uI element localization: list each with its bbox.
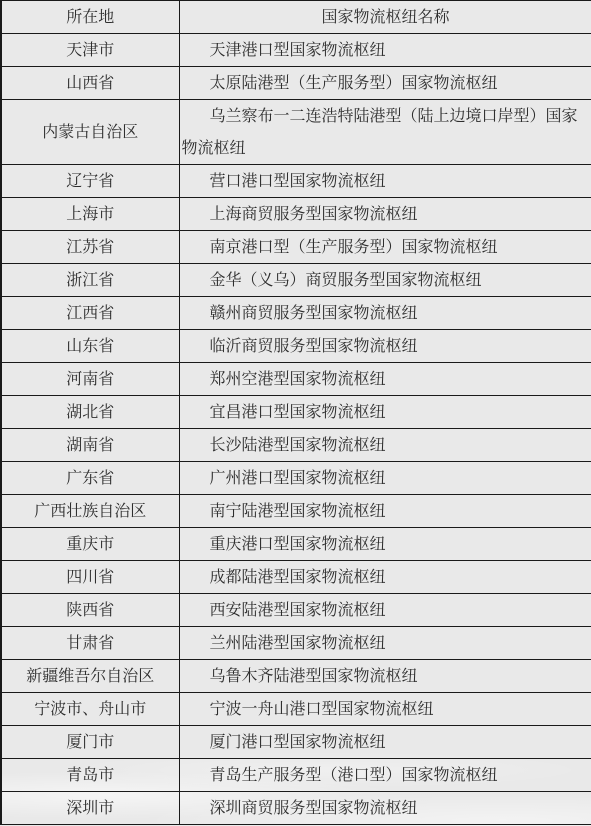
location-cell: 重庆市 <box>1 528 179 561</box>
table-row: 深圳市深圳商贸服务型国家物流枢纽 <box>1 792 591 825</box>
location-cell: 浙江省 <box>1 264 179 297</box>
hub-name-cell: 临沂商贸服务型国家物流枢纽 <box>179 330 591 363</box>
hub-name-cell: 天津港口型国家物流枢纽 <box>179 34 591 67</box>
location-cell: 山东省 <box>1 330 179 363</box>
hub-name-cell: 赣州商贸服务型国家物流枢纽 <box>179 297 591 330</box>
location-cell: 江苏省 <box>1 231 179 264</box>
table-row: 甘肃省兰州陆港型国家物流枢纽 <box>1 627 591 660</box>
location-cell: 江西省 <box>1 297 179 330</box>
location-cell: 新疆维吾尔自治区 <box>1 660 179 693</box>
location-cell: 广西壮族自治区 <box>1 495 179 528</box>
table-row: 天津市天津港口型国家物流枢纽 <box>1 34 591 67</box>
hub-name-cell: 金华（义乌）商贸服务型国家物流枢纽 <box>179 264 591 297</box>
table-row: 山西省太原陆港型（生产服务型）国家物流枢纽 <box>1 67 591 100</box>
hub-name-cell: 深圳商贸服务型国家物流枢纽 <box>179 792 591 825</box>
hub-name-cell: 南宁陆港型国家物流枢纽 <box>179 495 591 528</box>
hub-name-cell: 兰州陆港型国家物流枢纽 <box>179 627 591 660</box>
hub-name-cell: 长沙陆港型国家物流枢纽 <box>179 429 591 462</box>
location-cell: 青岛市 <box>1 759 179 792</box>
table-row: 宁波市、舟山市宁波一舟山港口型国家物流枢纽 <box>1 693 591 726</box>
location-cell: 河南省 <box>1 363 179 396</box>
hub-name-cell: 青岛生产服务型（港口型）国家物流枢纽 <box>179 759 591 792</box>
table-row: 重庆市重庆港口型国家物流枢纽 <box>1 528 591 561</box>
logistics-hub-table: 所在地 国家物流枢纽名称 天津市天津港口型国家物流枢纽山西省太原陆港型（生产服务… <box>0 0 591 825</box>
location-cell: 厦门市 <box>1 726 179 759</box>
table-row: 江西省赣州商贸服务型国家物流枢纽 <box>1 297 591 330</box>
table-header: 所在地 国家物流枢纽名称 <box>1 1 591 34</box>
location-cell: 山西省 <box>1 67 179 100</box>
hub-name-cell: 西安陆港型国家物流枢纽 <box>179 594 591 627</box>
table-row: 陕西省西安陆港型国家物流枢纽 <box>1 594 591 627</box>
table-row: 湖北省宜昌港口型国家物流枢纽 <box>1 396 591 429</box>
hub-name-cell: 宜昌港口型国家物流枢纽 <box>179 396 591 429</box>
hub-name-cell: 宁波一舟山港口型国家物流枢纽 <box>179 693 591 726</box>
hub-name-cell: 乌鲁木齐陆港型国家物流枢纽 <box>179 660 591 693</box>
table-row: 广西壮族自治区南宁陆港型国家物流枢纽 <box>1 495 591 528</box>
location-cell: 深圳市 <box>1 792 179 825</box>
location-cell: 湖北省 <box>1 396 179 429</box>
header-row: 所在地 国家物流枢纽名称 <box>1 1 591 34</box>
location-cell: 辽宁省 <box>1 165 179 198</box>
location-cell: 天津市 <box>1 34 179 67</box>
hub-name-cell: 郑州空港型国家物流枢纽 <box>179 363 591 396</box>
location-cell: 陕西省 <box>1 594 179 627</box>
table-row: 四川省成都陆港型国家物流枢纽 <box>1 561 591 594</box>
location-cell: 甘肃省 <box>1 627 179 660</box>
table-row: 湖南省长沙陆港型国家物流枢纽 <box>1 429 591 462</box>
hub-name-cell: 太原陆港型（生产服务型）国家物流枢纽 <box>179 67 591 100</box>
hub-name-cell: 成都陆港型国家物流枢纽 <box>179 561 591 594</box>
hub-name-cell: 厦门港口型国家物流枢纽 <box>179 726 591 759</box>
table-row: 浙江省金华（义乌）商贸服务型国家物流枢纽 <box>1 264 591 297</box>
location-cell: 上海市 <box>1 198 179 231</box>
header-location: 所在地 <box>1 1 179 34</box>
hub-name-cell: 重庆港口型国家物流枢纽 <box>179 528 591 561</box>
location-cell: 四川省 <box>1 561 179 594</box>
table-row: 辽宁省营口港口型国家物流枢纽 <box>1 165 591 198</box>
location-cell: 内蒙古自治区 <box>1 100 179 165</box>
table-row: 新疆维吾尔自治区乌鲁木齐陆港型国家物流枢纽 <box>1 660 591 693</box>
hub-name-cell: 广州港口型国家物流枢纽 <box>179 462 591 495</box>
hub-name-cell: 营口港口型国家物流枢纽 <box>179 165 591 198</box>
table-row: 青岛市青岛生产服务型（港口型）国家物流枢纽 <box>1 759 591 792</box>
table-row: 江苏省南京港口型（生产服务型）国家物流枢纽 <box>1 231 591 264</box>
location-cell: 宁波市、舟山市 <box>1 693 179 726</box>
table-row: 内蒙古自治区乌兰察布一二连浩特陆港型（陆上边境口岸型）国家物流枢纽 <box>1 100 591 165</box>
hub-name-cell: 南京港口型（生产服务型）国家物流枢纽 <box>179 231 591 264</box>
table-row: 河南省郑州空港型国家物流枢纽 <box>1 363 591 396</box>
hub-name-cell: 乌兰察布一二连浩特陆港型（陆上边境口岸型）国家物流枢纽 <box>179 100 591 165</box>
hub-name-cell: 上海商贸服务型国家物流枢纽 <box>179 198 591 231</box>
table-row: 广东省广州港口型国家物流枢纽 <box>1 462 591 495</box>
table-body: 天津市天津港口型国家物流枢纽山西省太原陆港型（生产服务型）国家物流枢纽内蒙古自治… <box>1 34 591 825</box>
table-row: 山东省临沂商贸服务型国家物流枢纽 <box>1 330 591 363</box>
table-row: 厦门市厦门港口型国家物流枢纽 <box>1 726 591 759</box>
table-row: 上海市上海商贸服务型国家物流枢纽 <box>1 198 591 231</box>
location-cell: 湖南省 <box>1 429 179 462</box>
location-cell: 广东省 <box>1 462 179 495</box>
header-hub-name: 国家物流枢纽名称 <box>179 1 591 34</box>
